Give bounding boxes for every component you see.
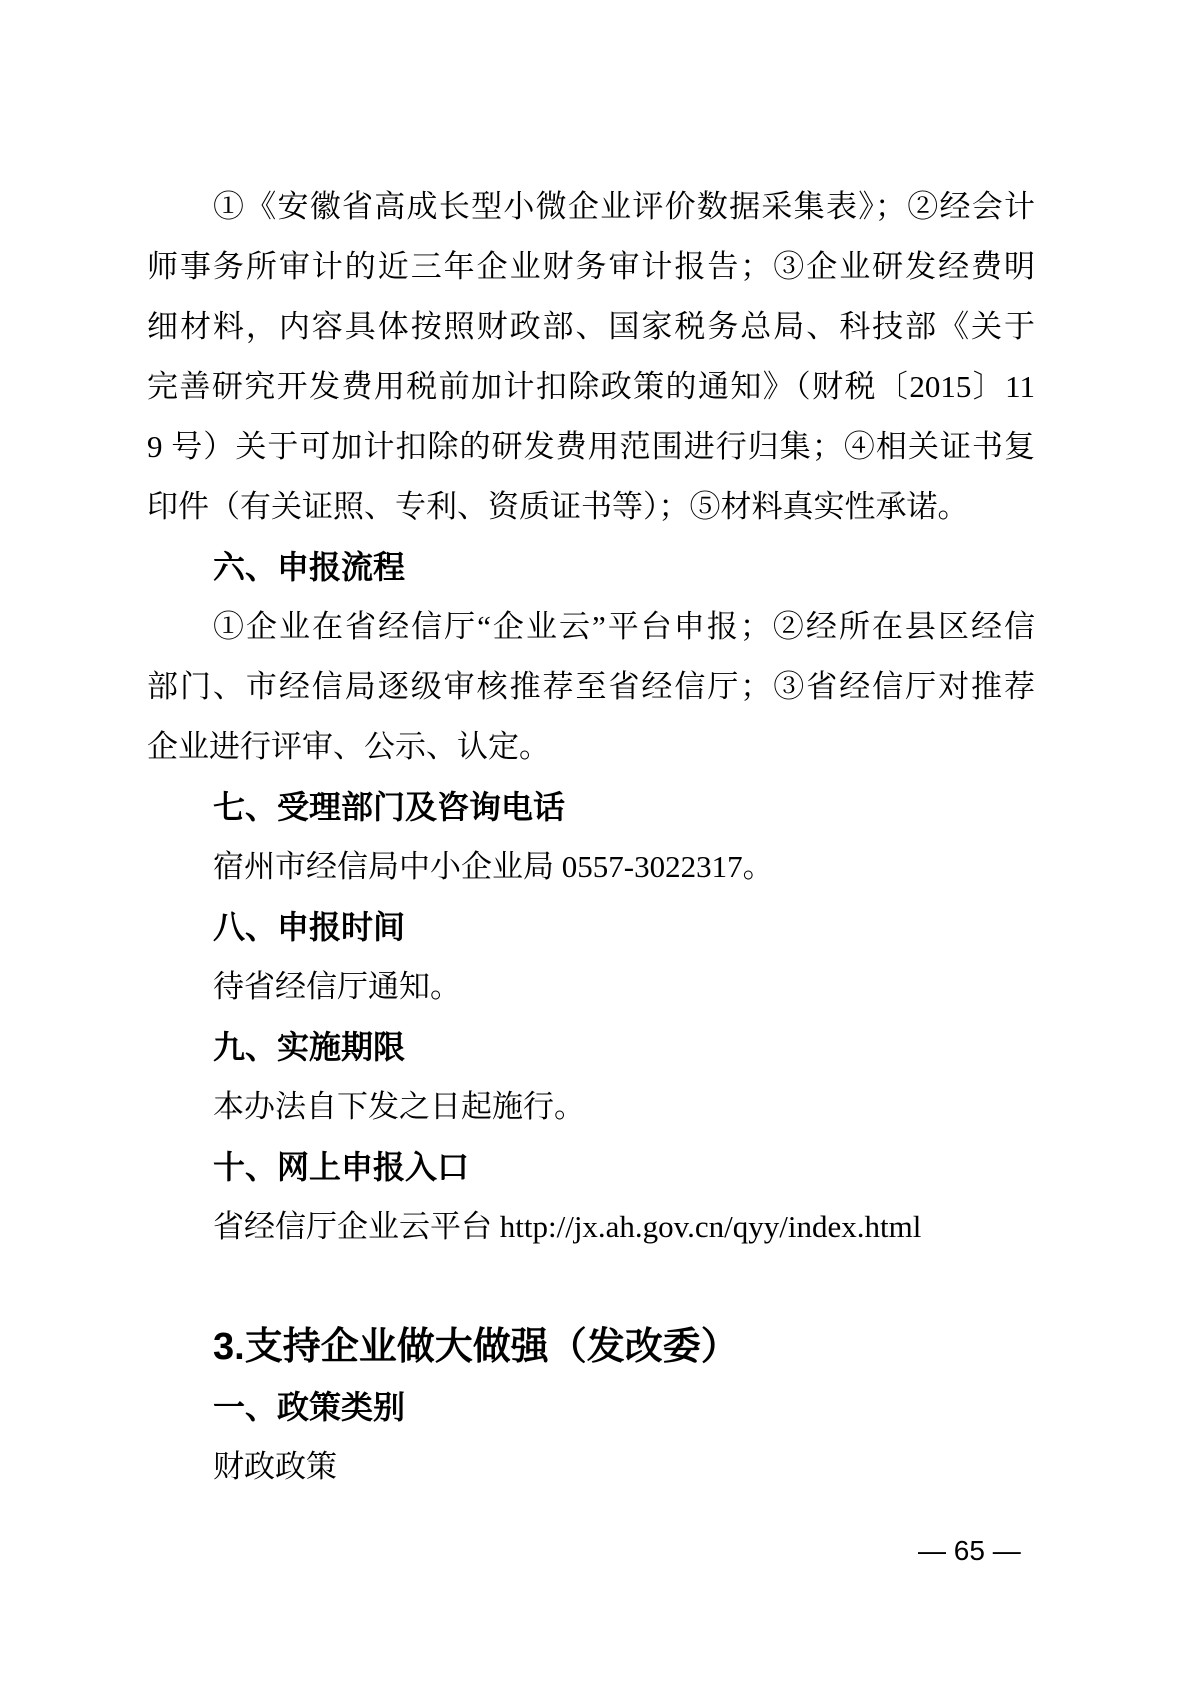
heading-accepting-department: 七、受理部门及咨询电话 (147, 777, 1035, 837)
body-line: 本办法自下发之日起施行。 (147, 1077, 1035, 1137)
section-title-next-policy: 3.支持企业做大做强（发改委） (147, 1317, 1035, 1377)
heading-application-time: 八、申报时间 (147, 897, 1035, 957)
heading-application-process: 六、申报流程 (147, 537, 1035, 597)
heading-online-portal: 十、网上申报入口 (147, 1137, 1035, 1197)
paragraph-line: 印件（有关证照、专利、资质证书等）；⑤材料真实性承诺。 (147, 477, 1035, 537)
url-line: 省经信厅企业云平台 http://jx.ah.gov.cn/qyy/index.… (147, 1197, 1035, 1257)
paragraph-line: 企业进行评审、公示、认定。 (147, 717, 1035, 777)
body-line: 财政政策 (147, 1437, 1035, 1497)
document-page: ①《安徽省高成长型小微企业评价数据采集表》；②经会计 师事务所审计的近三年企业财… (0, 0, 1190, 1683)
paragraph-line: 完善研究开发费用税前加计扣除政策的通知》（财税〔2015〕11 (147, 357, 1035, 417)
paragraph-line: ①企业在省经信厅“企业云”平台申报；②经所在县区经信 (147, 597, 1035, 657)
blank-line (147, 1257, 1035, 1317)
paragraph-line: ①《安徽省高成长型小微企业评价数据采集表》；②经会计 (147, 177, 1035, 237)
phone-line: 宿州市经信局中小企业局 0557-3022317。 (147, 837, 1035, 897)
paragraph-line: 9 号）关于可加计扣除的研发费用范围进行归集；④相关证书复 (147, 417, 1035, 477)
heading-implementation-period: 九、实施期限 (147, 1017, 1035, 1077)
paragraph-line: 细材料，内容具体按照财政部、国家税务总局、科技部《关于 (147, 297, 1035, 357)
paragraph-line: 部门、市经信局逐级审核推荐至省经信厅；③省经信厅对推荐 (147, 657, 1035, 717)
page-number: — 65 — (918, 1531, 1038, 1571)
body-line: 待省经信厅通知。 (147, 957, 1035, 1017)
paragraph-line: 师事务所审计的近三年企业财务审计报告；③企业研发经费明 (147, 237, 1035, 297)
page-content: ①《安徽省高成长型小微企业评价数据采集表》；②经会计 师事务所审计的近三年企业财… (147, 177, 1035, 1497)
heading-policy-category: 一、政策类别 (147, 1377, 1035, 1437)
